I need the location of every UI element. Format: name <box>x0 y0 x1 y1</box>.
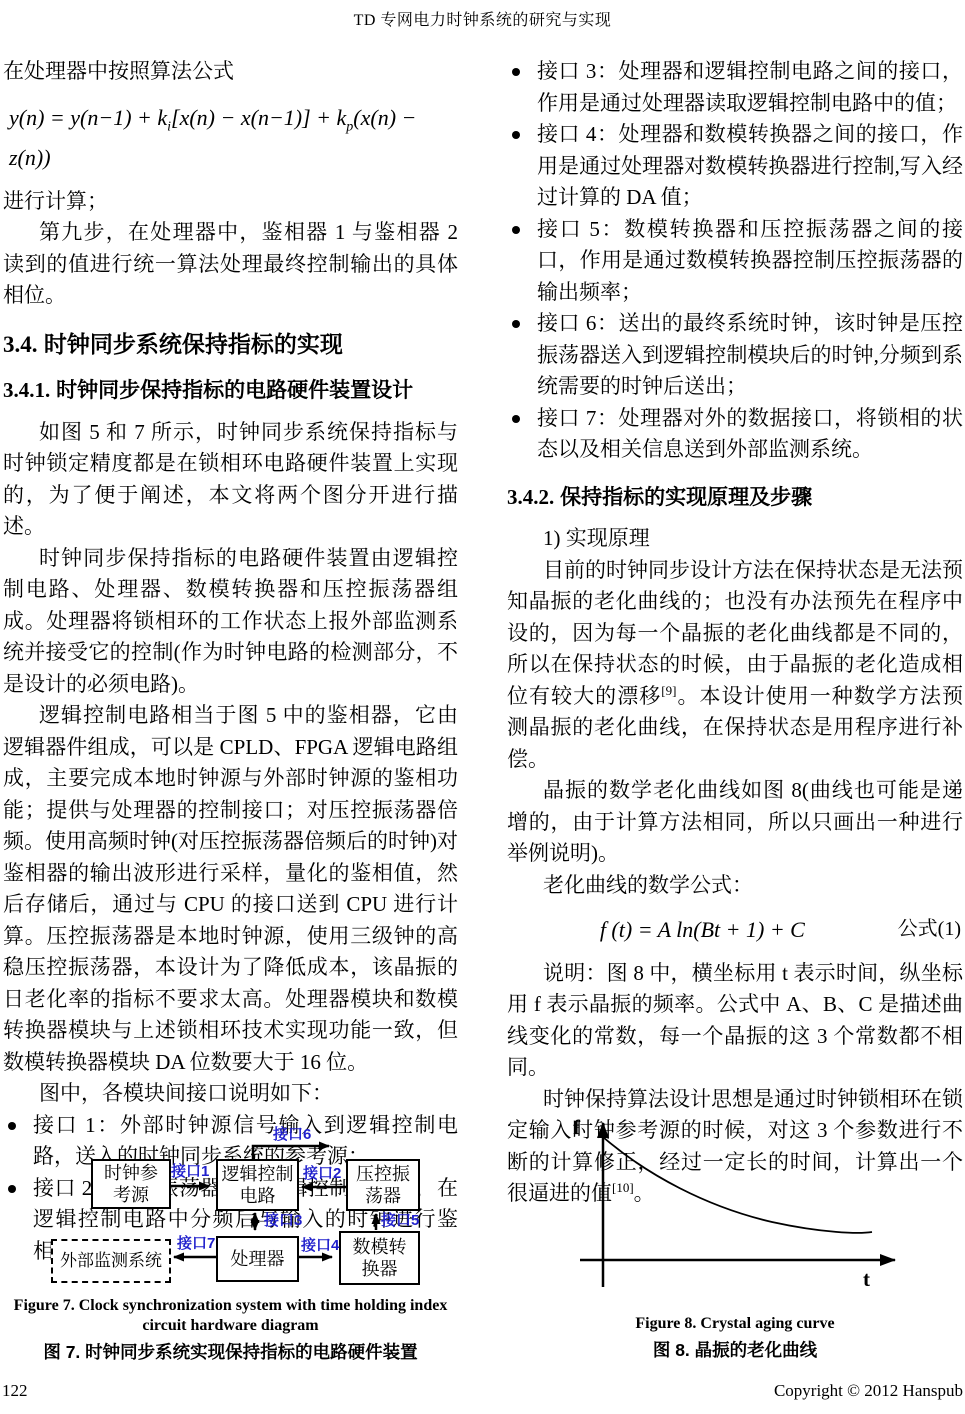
section-title: 时钟同步保持指标的电路硬件装置设计 <box>56 379 413 402</box>
paragraph-intro: 在处理器中按照算法公式 <box>3 56 458 88</box>
paragraph-principle-label: 1) 实现原理 <box>507 523 963 555</box>
figure7-block-diagram: 时钟参 考源 逻辑控制 电路 压控振 荡器 处理器 外部监测系统 数模转 换器 … <box>3 1126 458 1288</box>
section-title: 时钟同步系统保持指标的实现 <box>44 331 343 357</box>
formula-number-label: 公式(1) <box>898 914 963 946</box>
paragraph: 说明：图 8 中，横坐标用 t 表示时间，纵坐标用 f 表示晶振的频率。公式中 … <box>507 958 963 1084</box>
formula-pll-algorithm: y(n) = y(n−1) + ki[x(n) − x(n−1)] + kp(x… <box>3 102 458 174</box>
list-item: 接口 6：送出的最终系统时钟，该时钟是压控振荡器送入到逻辑控制模块后的时钟,分频… <box>507 308 963 403</box>
box-processor: 处理器 <box>216 1236 299 1282</box>
label-interface3: 接口3 <box>264 1213 302 1229</box>
list-item: 接口 3：处理器和逻辑控制电路之间的接口，作用是通过处理器读取逻辑控制电路中的值… <box>507 56 963 119</box>
paper-page: TD 专网电力时钟系统的研究与实现 在处理器中按照算法公式 y(n) = y(n… <box>0 0 965 1414</box>
paragraph-after-formula: 进行计算； <box>3 186 458 218</box>
paragraph: 逻辑控制电路相当于图 5 中的鉴相器，它由逻辑器件组成，可以是 CPLD、FPG… <box>3 700 458 1078</box>
label-interface4: 接口4 <box>301 1238 339 1254</box>
box-vco: 压控振 荡器 <box>346 1159 420 1211</box>
section-heading-3-4: 3.4. 时钟同步系统保持指标的实现 <box>3 329 458 361</box>
section-title: 保持指标的实现原理及步骤 <box>560 486 812 509</box>
right-column: 接口 3：处理器和逻辑控制电路之间的接口，作用是通过处理器读取逻辑控制电路中的值… <box>507 56 963 1210</box>
citation-ref: [9] <box>661 683 676 698</box>
figure8-caption-en: Figure 8. Crystal aging curve <box>507 1314 963 1334</box>
figure7-captions: Figure 7. Clock synchronization system w… <box>3 1296 458 1364</box>
figure7-caption-en: Figure 7. Clock synchronization system w… <box>3 1296 458 1336</box>
label-interface7: 接口7 <box>177 1236 215 1252</box>
formula-part: y(n) = y(n−1) + k <box>9 105 167 130</box>
paragraph: 晶振的数学老化曲线如图 8(曲线也可能是递增的，由于计算方法相同，所以只画出一种… <box>507 775 963 870</box>
paragraph: 图中，各模块间接口说明如下： <box>3 1078 458 1110</box>
aging-curve <box>603 1137 872 1233</box>
figure8-captions: Figure 8. Crystal aging curve 图 8. 晶振的老化… <box>507 1314 963 1362</box>
label-interface1: 接口1 <box>171 1164 209 1180</box>
box-logic-control-circuit: 逻辑控制 电路 <box>216 1159 299 1211</box>
paragraph: 时钟同步保持指标的电路硬件装置由逻辑控制电路、处理器、数模转换器和压控振荡器组成… <box>3 543 458 701</box>
box-dac: 数模转 换器 <box>339 1231 420 1285</box>
running-header: TD 专网电力时钟系统的研究与实现 <box>0 7 965 30</box>
paragraph-step9: 第九步，在处理器中，鉴相器 1 与鉴相器 2 读到的值进行统一算法处理最终控制输… <box>3 217 458 312</box>
paragraph-with-ref9: 目前的时钟同步设计方法在保持状态是无法预知晶振的老化曲线的；也没有办法预先在程序… <box>507 555 963 776</box>
section-number: 3.4.1. <box>3 378 50 402</box>
interface-bullet-list-right: 接口 3：处理器和逻辑控制电路之间的接口，作用是通过处理器读取逻辑控制电路中的值… <box>507 56 963 466</box>
section-number: 3.4.2. <box>507 485 554 509</box>
box-clock-reference-source: 时钟参 考源 <box>91 1159 171 1209</box>
footer-page-number: 122 <box>2 1381 28 1401</box>
figure8-aging-curve-plot: f t <box>507 1095 963 1300</box>
list-item: 接口 4：处理器和数模转换器之间的接口，作用是通过处理器对数模转换器进行控制,写… <box>507 119 963 214</box>
list-item: 接口 5：数模转换器和压控振荡器之间的接口，作用是通过数模转换器控制压控振荡器的… <box>507 214 963 309</box>
footer-copyright: Copyright © 2012 Hanspub <box>774 1381 963 1401</box>
list-item: 接口 7：处理器对外的数据接口，将锁相的状态以及相关信息送到外部监测系统。 <box>507 403 963 466</box>
paragraph: 如图 5 和 7 所示，时钟同步系统保持指标与时钟锁定精度都是在锁相环电路硬件装… <box>3 417 458 543</box>
y-axis-label: f <box>573 1115 580 1140</box>
formula-aging-curve: f (t) = A ln(Bt + 1) + C 公式(1) <box>507 914 963 946</box>
paragraph: 老化曲线的数学公式： <box>507 870 963 902</box>
box-external-monitoring-system: 外部监测系统 <box>51 1239 171 1283</box>
formula-body: f (t) = A ln(Bt + 1) + C <box>507 914 898 946</box>
label-interface5: 接口5 <box>381 1213 419 1229</box>
figure7-caption-cn: 图 7. 时钟同步系统实现保持指标的电路硬件装置 <box>3 1339 458 1364</box>
formula-part: [x(n) − x(n−1)] + k <box>171 105 346 130</box>
figure8-caption-cn: 图 8. 晶振的老化曲线 <box>507 1337 963 1362</box>
section-number: 3.4. <box>3 332 38 357</box>
section-heading-3-4-2: 3.4.2. 保持指标的实现原理及步骤 <box>507 482 963 514</box>
left-column: 在处理器中按照算法公式 y(n) = y(n−1) + ki[x(n) − x(… <box>3 56 458 1267</box>
x-axis-label: t <box>863 1267 870 1292</box>
label-interface6: 接口6 <box>273 1127 311 1143</box>
label-interface2: 接口2 <box>303 1166 341 1182</box>
section-heading-3-4-1: 3.4.1. 时钟同步保持指标的电路硬件装置设计 <box>3 375 458 407</box>
